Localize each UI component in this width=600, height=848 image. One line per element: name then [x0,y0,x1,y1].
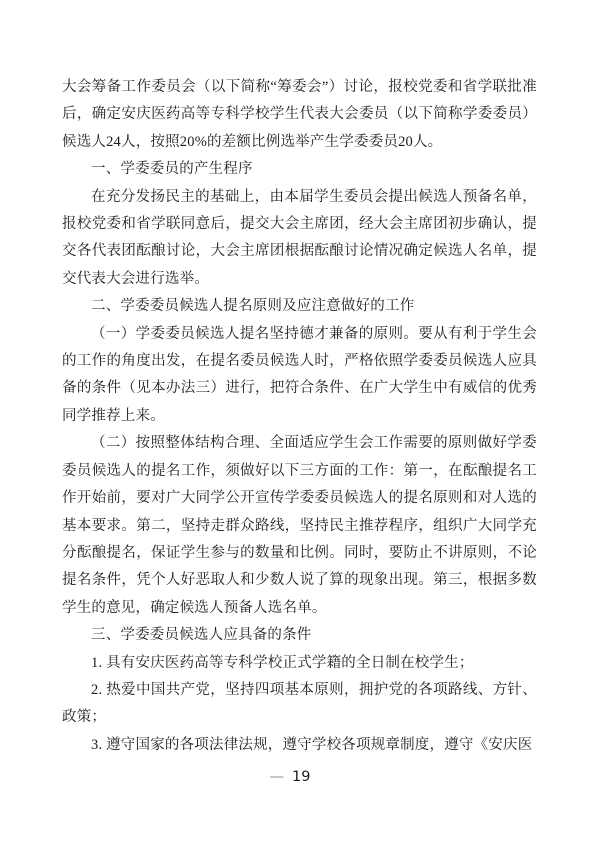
document-page: 大会筹备工作委员会（以下简称“筹委会”）讨论，报校党委和省学联批准后，确定安庆医… [0,0,600,848]
document-text-block: 大会筹备工作委员会（以下简称“筹委会”）讨论，报校党委和省学联批准后，确定安庆医… [62,74,537,759]
continuation-paragraph: 大会筹备工作委员会（以下简称“筹委会”）讨论，报校党委和省学联批准后，确定安庆医… [62,74,537,156]
condition-item-3: 3. 遵守国家的各项法律法规，遵守学校各项规章制度，遵守《安庆医 [62,732,537,759]
section-heading-1: 一、学委委员的产生程序 [62,156,537,183]
paragraph-principle-2: （二）按照整体结构合理、全面适应学生会工作需要的原则做好学委委员候选人的提名工作… [62,430,537,622]
condition-item-1: 1. 具有安庆医药高等专科学校正式学籍的全日制在校学生； [62,650,537,677]
section-heading-3: 三、学委委员候选人应具备的条件 [62,622,537,649]
section-heading-2: 二、学委委员候选人提名原则及应注意做好的工作 [62,293,537,320]
paragraph-procedure: 在充分发扬民主的基础上，由本届学生委员会提出候选人预备名单，报校党委和省学联同意… [62,184,537,294]
footer-dash: — [270,769,285,785]
page-footer: —19 [0,768,580,786]
condition-item-2: 2. 热爱中国共产党，坚持四项基本原则，拥护党的各项路线、方针、政策； [62,677,537,732]
page-number: 19 [292,769,310,785]
paragraph-principle-1: （一）学委委员候选人提名坚持德才兼备的原则。要从有利于学生会的工作的角度出发，在… [62,321,537,431]
